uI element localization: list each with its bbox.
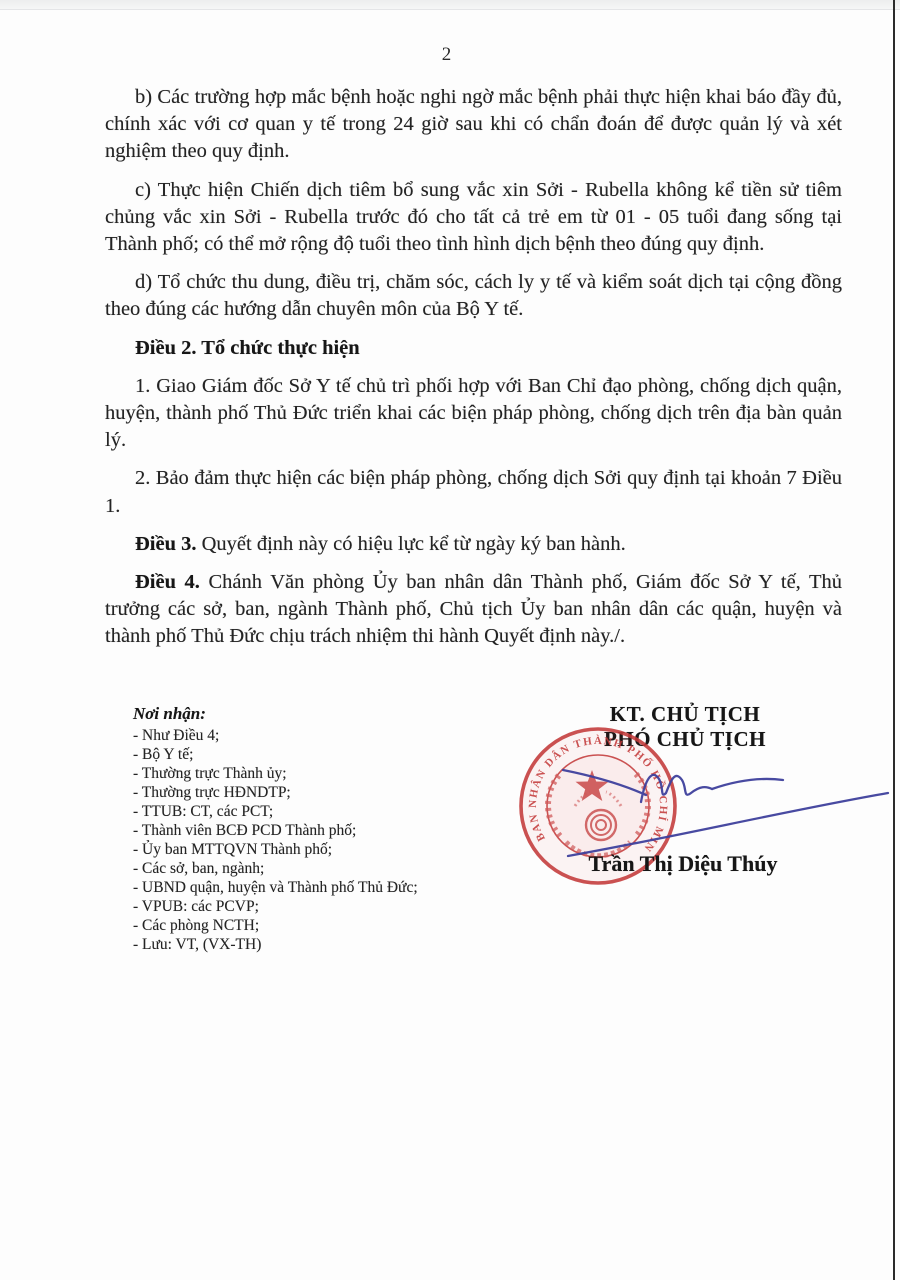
recipient-item: - TTUB: CT, các PCT;: [133, 802, 493, 821]
paragraph-b: b) Các trường hợp mắc bệnh hoặc nghi ngờ…: [105, 84, 842, 166]
handwritten-signature-icon: [563, 770, 888, 856]
recipient-item: - Thường trực HĐNDTP;: [133, 783, 493, 802]
document-body: b) Các trường hợp mắc bệnh hoặc nghi ngờ…: [105, 84, 842, 662]
signer-role-deputy: PHÓ CHỦ TỊCH: [510, 727, 860, 752]
recipients-list: Nơi nhận: - Như Điều 4; - Bộ Y tế; - Thư…: [133, 704, 493, 954]
paragraph-d: d) Tổ chức thu dung, điều trị, chăm sóc,…: [105, 269, 842, 323]
recipients-heading: Nơi nhận:: [133, 704, 493, 723]
article-2-heading: Điều 2. Tổ chức thực hiện: [105, 335, 842, 362]
scan-edge-right: [893, 0, 895, 1280]
paragraph-c: c) Thực hiện Chiến dịch tiêm bổ sung vắc…: [105, 177, 842, 259]
article-3: Điều 3. Quyết định này có hiệu lực kể từ…: [105, 531, 842, 558]
recipient-item: - Thường trực Thành ủy;: [133, 764, 493, 783]
recipient-item: - Bộ Y tế;: [133, 745, 493, 764]
signature-block-titles: KT. CHỦ TỊCH PHÓ CHỦ TỊCH: [510, 702, 860, 752]
recipient-item: - Như Điều 4;: [133, 726, 493, 745]
recipient-item: - Các sở, ban, ngành;: [133, 859, 493, 878]
signer-role-kt: KT. CHỦ TỊCH: [510, 702, 860, 727]
recipient-item: - VPUB: các PCVP;: [133, 897, 493, 916]
page-number: 2: [0, 44, 893, 66]
stamp-star-icon: [576, 770, 609, 801]
recipient-item: - Lưu: VT, (VX-TH): [133, 935, 493, 954]
recipient-item: - Ủy ban MTTQVN Thành phố;: [133, 840, 493, 859]
paragraph-2: 2. Bảo đảm thực hiện các biện pháp phòng…: [105, 465, 842, 519]
recipient-item: - Thành viên BCĐ PCD Thành phố;: [133, 821, 493, 840]
signer-name: Trần Thị Diệu Thúy: [508, 851, 858, 877]
recipient-item: - UBND quận, huyện và Thành phố Thủ Đức;: [133, 878, 493, 897]
recipient-item: - Các phòng NCTH;: [133, 916, 493, 935]
scan-edge-top: [0, 0, 900, 10]
article-4: Điều 4. Chánh Văn phòng Ủy ban nhân dân …: [105, 569, 842, 651]
paragraph-1: 1. Giao Giám đốc Sở Y tế chủ trì phối hợ…: [105, 373, 842, 455]
